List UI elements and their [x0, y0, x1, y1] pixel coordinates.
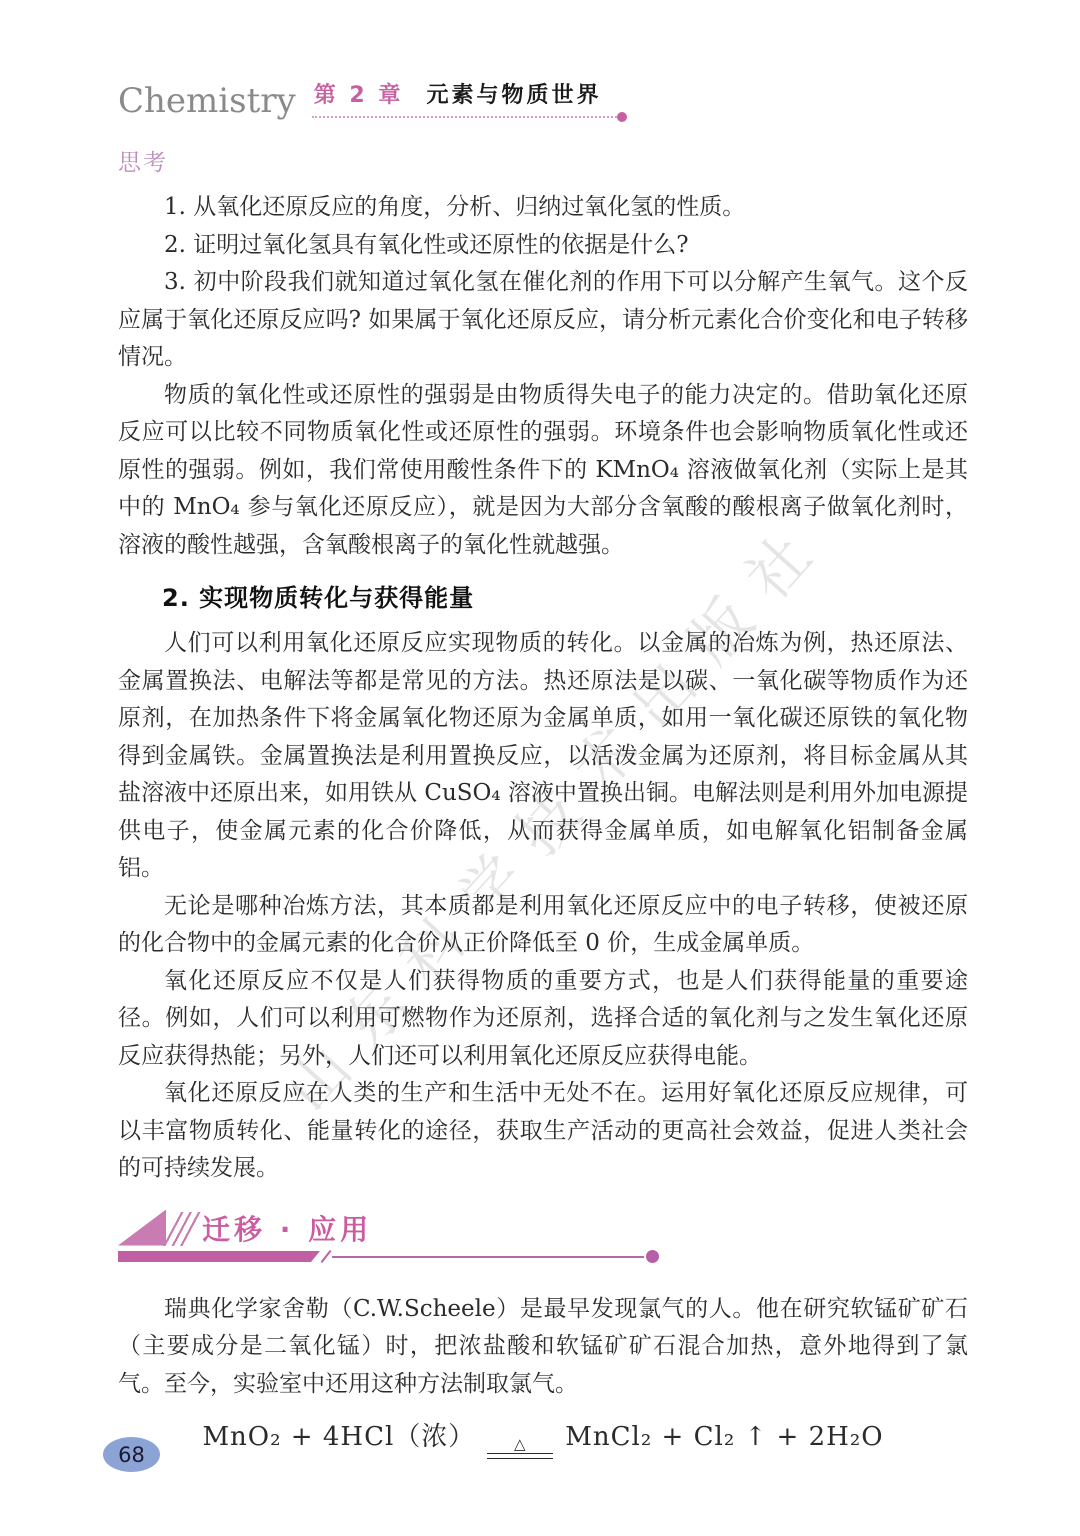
banner-triangle-icon: [118, 1210, 166, 1246]
banner-title: 迁移 · 应用: [202, 1216, 372, 1246]
chapter-title: 元素与物质世界: [426, 83, 601, 108]
think-item: 2. 证明过氧化氢具有氧化性或还原性的依据是什么?: [118, 227, 968, 265]
think-section-label: 思考: [118, 144, 968, 177]
banner-notch-icon: [321, 1250, 332, 1263]
para-ubiquitous: 氧化还原反应在人类的生产和生活中无处不在。运用好氧化还原反应规律，可以丰富物质转…: [118, 1075, 968, 1188]
section-heading-transform: 2. 实现物质转化与获得能量: [162, 578, 968, 613]
para-transform: 人们可以利用氧化还原反应实现物质的转化。以金属的冶炼为例，热还原法、金属置换法、…: [118, 625, 968, 888]
para-energy: 氧化还原反应不仅是人们获得物质的重要方式，也是人们获得能量的重要途径。例如，人们…: [118, 963, 968, 1076]
chapter-label: 第 2 章: [314, 83, 404, 108]
think-item: 3. 初中阶段我们就知道过氧化氢在催化剂的作用下可以分解产生氧气。这个反应属于氧…: [118, 264, 968, 377]
page-number: 68: [118, 1443, 145, 1467]
page-content: Chemistry 第 2 章 元素与物质世界 思考 1. 从氧化还原反应的角度…: [118, 84, 968, 1461]
brand-logo: Chemistry: [118, 84, 296, 118]
page-number-badge: 68: [103, 1437, 160, 1472]
equation-condition: △: [487, 1437, 553, 1459]
equation-double-line: [487, 1453, 553, 1459]
banner-rule: [118, 1249, 968, 1265]
banner-bar: [118, 1251, 320, 1262]
banner-stripes-icon: [163, 1212, 201, 1246]
banner-end-dot-icon: [646, 1250, 659, 1263]
banner-head: 迁移 · 应用: [118, 1208, 968, 1246]
chem-equation: MnO₂ + 4HCl（浓）△MnCl₂ + Cl₂ ↑ + 2H₂O: [118, 1413, 968, 1461]
banner-line: [332, 1256, 644, 1258]
equation-lhs: MnO₂ + 4HCl（浓）: [202, 1422, 475, 1452]
textbook-page: 山东科学技术出版社 Chemistry 第 2 章 元素与物质世界 思考 1. …: [0, 0, 1080, 1536]
page-header: Chemistry 第 2 章 元素与物质世界: [118, 84, 968, 118]
para-smelting-essence: 无论是哪种冶炼方法，其本质都是利用氧化还原反应中的电子转移，使被还原的化合物中的…: [118, 888, 968, 963]
para-scheele: 瑞典化学家舍勒（C.W.Scheele）是最早发现氯气的人。他在研究软锰矿矿石（…: [118, 1291, 968, 1404]
para-oxidizing-strength: 物质的氧化性或还原性的强弱是由物质得失电子的能力决定的。借助氧化还原反应可以比较…: [118, 377, 968, 565]
header-end-dot-icon: [617, 112, 627, 122]
delta-symbol: △: [514, 1437, 527, 1451]
chapter-heading: 第 2 章 元素与物质世界: [312, 85, 622, 118]
think-item: 1. 从氧化还原反应的角度，分析、归纳过氧化氢的性质。: [118, 189, 968, 227]
transfer-application-banner: 迁移 · 应用: [118, 1208, 968, 1265]
equation-rhs: MnCl₂ + Cl₂ ↑ + 2H₂O: [565, 1422, 883, 1452]
